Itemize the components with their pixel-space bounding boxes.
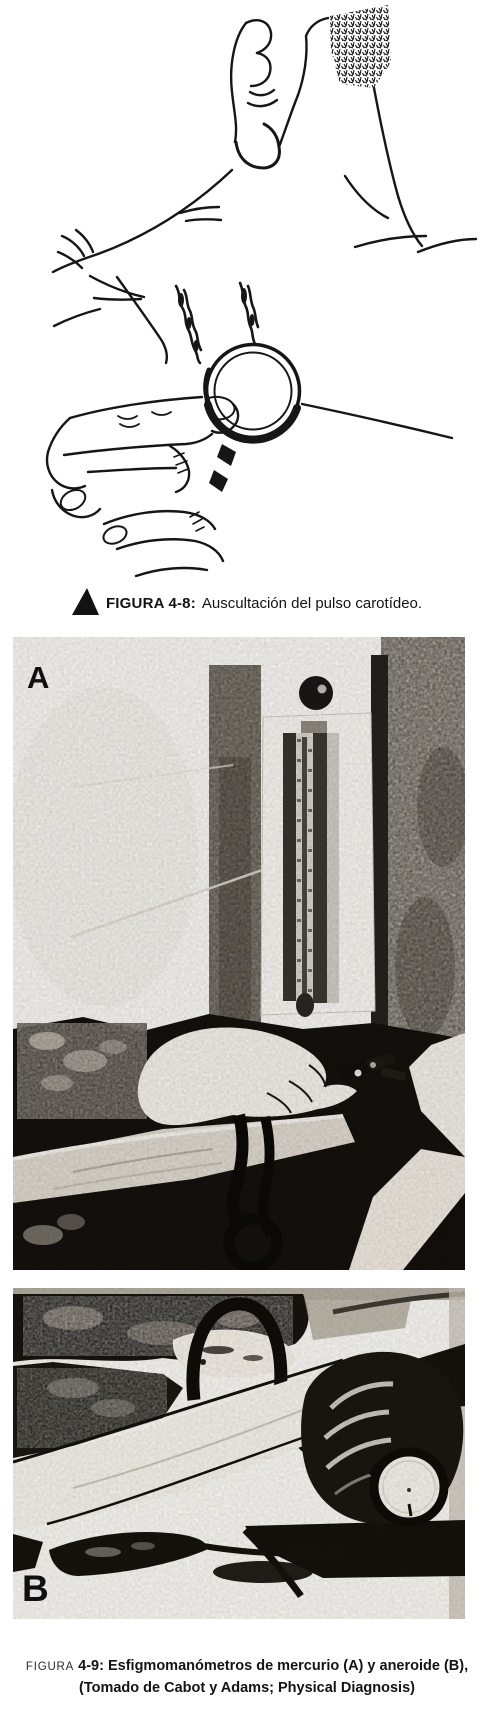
- panel-a-label: A: [27, 662, 50, 693]
- photo-aneroid-sphygmomanometer: B: [13, 1288, 465, 1619]
- hand-holding-bell: [47, 397, 238, 576]
- scanned-book-page: FIGURA 4-8: Auscultación del pulso carot…: [0, 0, 494, 1725]
- figure-4-8-text: Auscultación del pulso carotídeo.: [202, 595, 422, 612]
- figure-4-9-caption-line1: FIGURA 4-9: Esfigmomanómetros de mercuri…: [0, 1656, 494, 1678]
- photo-b-svg: [13, 1288, 465, 1619]
- triangle-marker-icon: [72, 588, 99, 615]
- figure-4-8-caption: FIGURA 4-8: Auscultación del pulso carot…: [0, 586, 494, 620]
- neck-and-shoulder-lines: [53, 88, 476, 438]
- figure-4-9-caption-line1-text: 4-9: Esfigmomanómetros de mercurio (A) y…: [78, 1658, 468, 1674]
- figure-4-9-caption: FIGURA 4-9: Esfigmomanómetros de mercuri…: [0, 1656, 494, 1699]
- carotid-auscultation-line-drawing: [0, 0, 494, 592]
- stethoscope-stem: [209, 444, 236, 492]
- muscle-hatch-marks: [176, 283, 258, 363]
- figure-4-8-label: FIGURA 4-8:: [106, 595, 196, 612]
- hair-patch: [330, 5, 391, 88]
- drawing-svg: [0, 0, 494, 592]
- figure-4-9-caption-line2: (Tomado de Cabot y Adams; Physical Diagn…: [0, 1678, 494, 1699]
- photo-a-svg: [13, 637, 465, 1270]
- ear-outline: [231, 18, 328, 168]
- panel-b-label: B: [22, 1570, 49, 1607]
- photo-mercury-sphygmomanometer: A: [13, 637, 465, 1270]
- figura-small-caps: FIGURA: [26, 1661, 74, 1673]
- stethoscope-bell: [206, 345, 300, 440]
